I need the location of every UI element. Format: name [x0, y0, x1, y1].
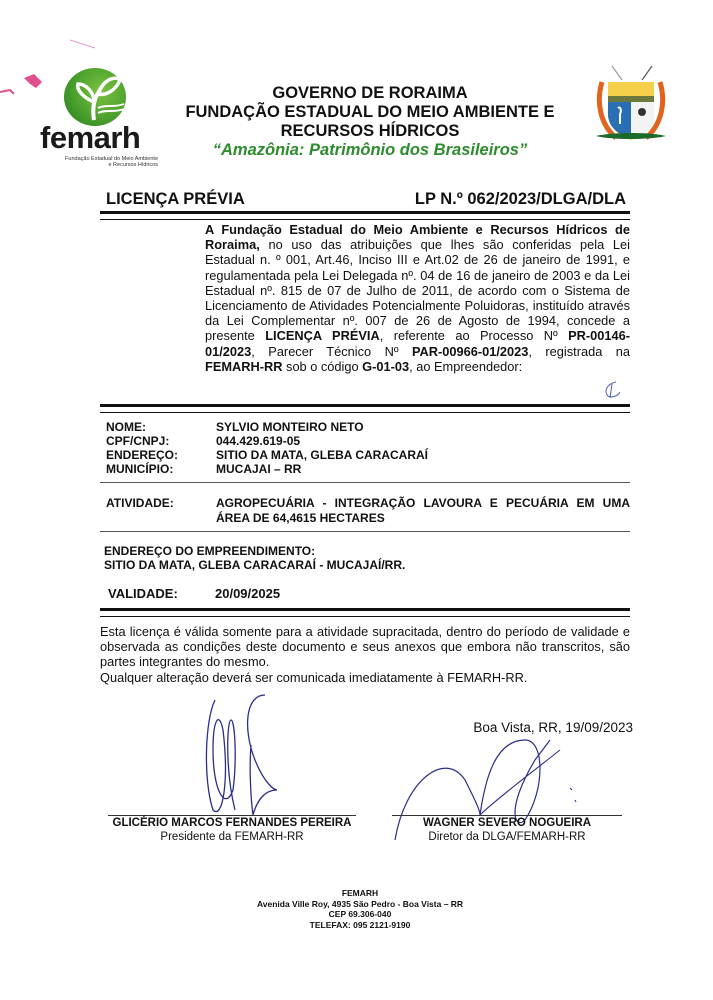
femarh-logo: femarh Fundação Estadual do Meio Ambient…	[38, 66, 158, 166]
field-address: ENDEREÇO:SITIO DA MATA, GLEBA CARACARAÍ	[106, 448, 428, 462]
header-line-2: FUNDAÇÃO ESTADUAL DO MEIO AMBIENTE E	[160, 103, 580, 122]
signatory-2-name: WAGNER SEVERO NOGUEIRA	[392, 817, 622, 829]
signature-line-1	[108, 815, 356, 816]
terms-paragraph: Esta licença é válida somente para a ati…	[100, 624, 630, 685]
leaf-logo-icon	[64, 68, 126, 126]
header-line-1: GOVERNO DE RORAIMA	[160, 84, 580, 103]
logo-wordmark: femarh	[40, 120, 140, 156]
divider	[100, 211, 630, 220]
intro-paragraph: A Fundação Estadual do Meio Ambiente e R…	[205, 222, 630, 374]
enterprise-address: ENDEREÇO DO EMPREENDIMENTO: SITIO DA MAT…	[104, 544, 405, 572]
field-city: MUNICÍPIO:MUCAJAI – RR	[106, 462, 301, 476]
header-motto: “Amazônia: Patrimônio dos Brasileiros”	[160, 141, 580, 160]
document-type: LICENÇA PRÉVIA	[106, 190, 245, 209]
document-number: LP N.º 062/2023/DLGA/DLA	[415, 190, 626, 209]
divider	[100, 482, 630, 483]
coat-of-arms-icon	[592, 62, 670, 152]
field-name: NOME:SYLVIO MONTEIRO NETO	[106, 420, 364, 434]
header-line-3: RECURSOS HÍDRICOS	[160, 122, 580, 141]
signature-line-2	[392, 815, 622, 816]
rubric-mark	[600, 378, 624, 402]
entrepreneur-name: SYLVIO MONTEIRO NETO	[216, 420, 364, 434]
entrepreneur-cpf: 044.429.619-05	[216, 434, 300, 448]
signatory-2-role: Diretor da DLGA/FEMARH-RR	[392, 831, 622, 843]
activity-value: AGROPECUÁRIA - INTEGRAÇÃO LAVOURA E PECU…	[216, 496, 630, 526]
validity-date: 20/09/2025	[215, 586, 280, 601]
divider	[100, 531, 630, 532]
signatory-1-name: GLICÉRIO MARCOS FERNANDES PEREIRA	[108, 817, 356, 829]
divider	[100, 404, 630, 413]
field-validity: VALIDADE:20/09/2025	[108, 586, 280, 601]
logo-subtitle: Fundação Estadual do Meio Ambiente e Rec…	[38, 156, 158, 168]
entrepreneur-city: MUCAJAI – RR	[216, 462, 301, 476]
signature-1-scribble	[195, 690, 295, 830]
signatory-1-role: Presidente da FEMARH-RR	[108, 831, 356, 843]
footer-address: FEMARH Avenida Ville Roy, 4935 São Pedro…	[200, 888, 520, 930]
entrepreneur-address: SITIO DA MATA, GLEBA CARACARAÍ	[216, 448, 428, 462]
letterhead-title: GOVERNO DE RORAIMA FUNDAÇÃO ESTADUAL DO …	[160, 84, 580, 160]
field-cpf: CPF/CNPJ:044.429.619-05	[106, 434, 300, 448]
divider	[100, 608, 630, 617]
